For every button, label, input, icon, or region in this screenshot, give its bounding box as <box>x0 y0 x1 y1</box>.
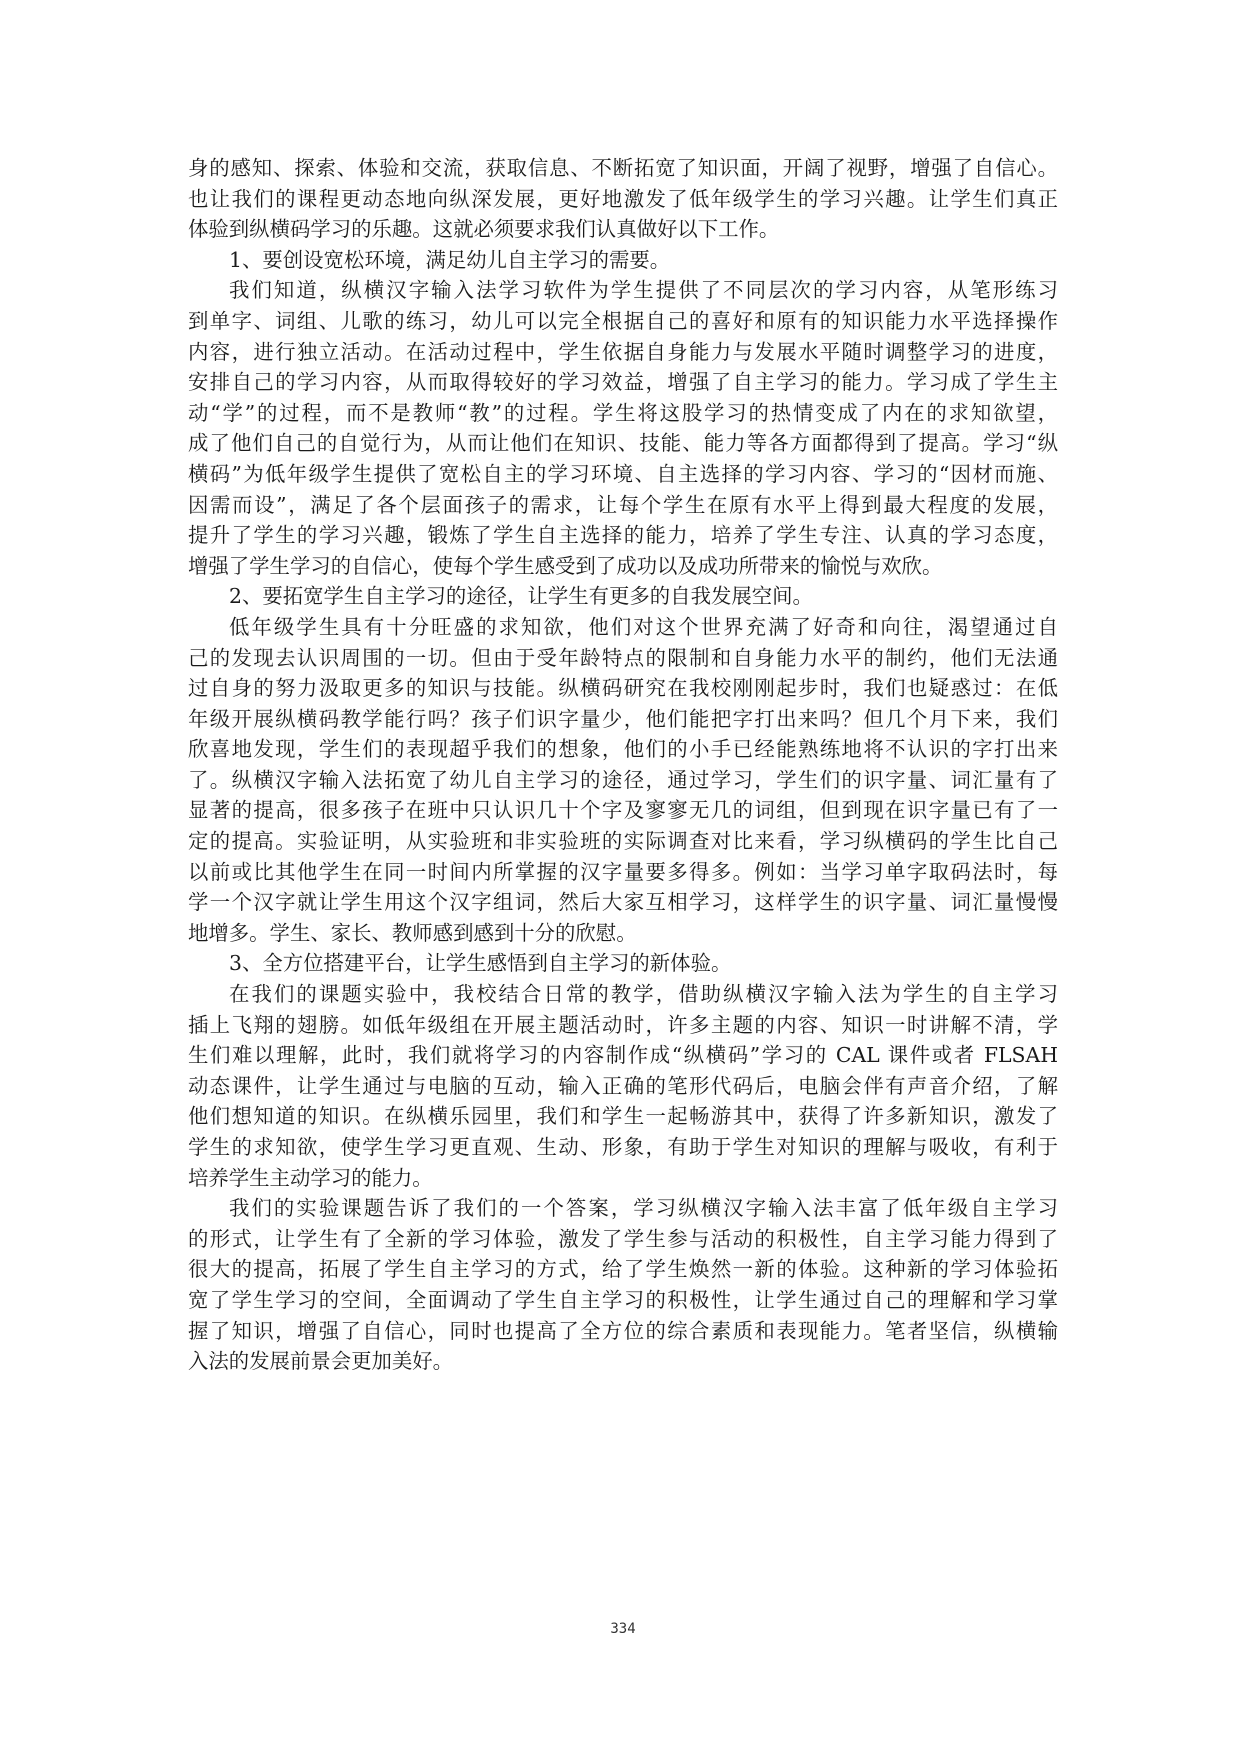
text-line: 到单字、词组、儿歌的练习，幼儿可以完全根据自己的喜好和原有的知识能力水平选择操作 <box>188 306 1058 337</box>
text-line: 我们的实验课题告诉了我们的一个答案，学习纵横汉字输入法丰富了低年级自主学习 <box>188 1193 1058 1224</box>
text-line: 年级开展纵横码教学能行吗？孩子们识字量少，他们能把字打出来吗？但几个月下来，我们 <box>188 704 1058 735</box>
text-line: 宽了学生学习的空间，全面调动了学生自主学习的积极性，让学生通过自己的理解和学习掌 <box>188 1285 1058 1316</box>
text-line: 我们知道，纵横汉字输入法学习软件为学生提供了不同层次的学习内容，从笔形练习 <box>188 275 1058 306</box>
text-line: 横码”为低年级学生提供了宽松自主的学习环境、自主选择的学习内容、学习的“因材而施… <box>188 459 1058 490</box>
text-line: 也让我们的课程更动态地向纵深发展，更好地激发了低年级学生的学习兴趣。让学生们真正 <box>188 184 1058 215</box>
text-line: 提升了学生的学习兴趣，锻炼了学生自主选择的能力，培养了学生专注、认真的学习态度， <box>188 520 1058 551</box>
document-page-body: 身的感知、探索、体验和交流，获取信息、不断拓宽了知识面，开阔了视野，增强了自信心… <box>188 153 1058 1377</box>
text-line: 的形式，让学生有了全新的学习体验，激发了学生参与活动的积极性，自主学习能力得到了 <box>188 1224 1058 1255</box>
text-line: 了。纵横汉字输入法拓宽了幼儿自主学习的途径，通过学习，学生们的识字量、词汇量有了 <box>188 765 1058 796</box>
text-line: 过自身的努力汲取更多的知识与技能。纵横码研究在我校刚刚起步时，我们也疑惑过：在低 <box>188 673 1058 704</box>
text-line: 生们难以理解，此时，我们就将学习的内容制作成“纵横码”学习的 CAL 课件或者 … <box>188 1040 1058 1071</box>
text-line: 因需而设”，满足了各个层面孩子的需求，让每个学生在原有水平上得到最大程度的发展， <box>188 490 1058 521</box>
text-line: 地增多。学生、家长、教师感到感到十分的欣慰。 <box>188 918 1058 949</box>
text-line: 成了他们自己的自觉行为，从而让他们在知识、技能、能力等各方面都得到了提高。学习“… <box>188 428 1058 459</box>
text-line: 己的发现去认识周围的一切。但由于受年龄特点的限制和自身能力水平的制约，他们无法通 <box>188 643 1058 674</box>
page-number: 334 <box>0 1621 1246 1637</box>
text-line: 内容，进行独立活动。在活动过程中，学生依据自身能力与发展水平随时调整学习的进度， <box>188 337 1058 368</box>
text-line: 握了知识，增强了自信心，同时也提高了全方位的综合素质和表现能力。笔者坚信，纵横输 <box>188 1316 1058 1347</box>
section-heading-1: 1、要创设宽松环境，满足幼儿自主学习的需要。 <box>188 245 1058 276</box>
section-heading-2: 2、要拓宽学生自主学习的途径，让学生有更多的自我发展空间。 <box>188 581 1058 612</box>
text-line: 体验到纵横码学习的乐趣。这就必须要求我们认真做好以下工作。 <box>188 214 1058 245</box>
text-line: 插上飞翔的翅膀。如低年级组在开展主题活动时，许多主题的内容、知识一时讲解不清，学 <box>188 1010 1058 1041</box>
text-line: 学一个汉字就让学生用这个汉字组词，然后大家互相学习，这样学生的识字量、词汇量慢慢 <box>188 887 1058 918</box>
text-line: 很大的提高，拓展了学生自主学习的方式，给了学生焕然一新的体验。这种新的学习体验拓 <box>188 1254 1058 1285</box>
heading-line: 1、要创设宽松环境，满足幼儿自主学习的需要。 <box>188 245 1058 276</box>
text-line: 显著的提高，很多孩子在班中只认识几十个字及寥寥无几的词组，但到现在识字量已有了一 <box>188 795 1058 826</box>
paragraph-conclusion: 我们的实验课题告诉了我们的一个答案，学习纵横汉字输入法丰富了低年级自主学习 的形… <box>188 1193 1058 1377</box>
section-heading-3: 3、全方位搭建平台，让学生感悟到自主学习的新体验。 <box>188 948 1058 979</box>
text-line: 增强了学生学习的自信心，使每个学生感受到了成功以及成功所带来的愉悦与欢欣。 <box>188 551 1058 582</box>
paragraph-continuation: 身的感知、探索、体验和交流，获取信息、不断拓宽了知识面，开阔了视野，增强了自信心… <box>188 153 1058 245</box>
text-line: 他们想知道的知识。在纵横乐园里，我们和学生一起畅游其中，获得了许多新知识，激发了 <box>188 1101 1058 1132</box>
paragraph-body: 在我们的课题实验中，我校结合日常的教学，借助纵横汉字输入法为学生的自主学习 插上… <box>188 979 1058 1193</box>
text-line: 动态课件，让学生通过与电脑的互动，输入正确的笔形代码后，电脑会伴有声音介绍，了解 <box>188 1071 1058 1102</box>
paragraph-body: 低年级学生具有十分旺盛的求知欲，他们对这个世界充满了好奇和向往，渴望通过自 己的… <box>188 612 1058 949</box>
text-line: 欣喜地发现，学生们的表现超乎我们的想象，他们的小手已经能熟练地将不认识的字打出来 <box>188 734 1058 765</box>
text-line: 以前或比其他学生在同一时间内所掌握的汉字量要多得多。例如：当学习单字取码法时，每 <box>188 857 1058 888</box>
text-line: 定的提高。实验证明，从实验班和非实验班的实际调查对比来看，学习纵横码的学生比自己 <box>188 826 1058 857</box>
text-line: 在我们的课题实验中，我校结合日常的教学，借助纵横汉字输入法为学生的自主学习 <box>188 979 1058 1010</box>
text-line: 学生的求知欲，使学生学习更直观、生动、形象，有助于学生对知识的理解与吸收，有利于 <box>188 1132 1058 1163</box>
text-line: 动“学”的过程，而不是教师“教”的过程。学生将这股学习的热情变成了内在的求知欲望… <box>188 398 1058 429</box>
heading-line: 3、全方位搭建平台，让学生感悟到自主学习的新体验。 <box>188 948 1058 979</box>
text-line: 入法的发展前景会更加美好。 <box>188 1346 1058 1377</box>
text-line: 低年级学生具有十分旺盛的求知欲，他们对这个世界充满了好奇和向往，渴望通过自 <box>188 612 1058 643</box>
text-line: 身的感知、探索、体验和交流，获取信息、不断拓宽了知识面，开阔了视野，增强了自信心… <box>188 153 1058 184</box>
text-line: 培养学生主动学习的能力。 <box>188 1163 1058 1194</box>
text-line: 安排自己的学习内容，从而取得较好的学习效益，增强了自主学习的能力。学习成了学生主 <box>188 367 1058 398</box>
paragraph-body: 我们知道，纵横汉字输入法学习软件为学生提供了不同层次的学习内容，从笔形练习 到单… <box>188 275 1058 581</box>
heading-line: 2、要拓宽学生自主学习的途径，让学生有更多的自我发展空间。 <box>188 581 1058 612</box>
